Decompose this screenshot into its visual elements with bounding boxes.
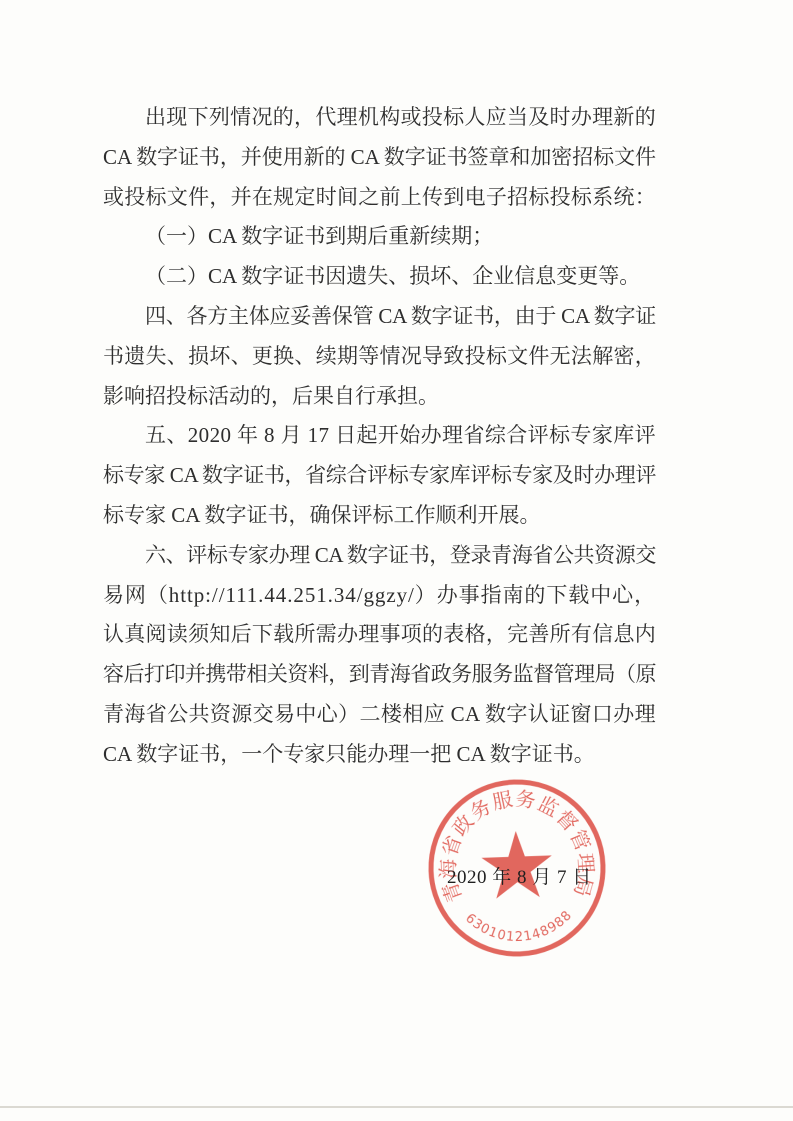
text-line: 六、评标专家办理 CA 数字证书，登录青海省公共资源交 <box>103 536 656 576</box>
document-page: 出现下列情况的，代理机构或投标人应当及时办理新的CA 数字证书，并使用新的 CA… <box>0 0 793 1121</box>
text-line: 四、各方主体应妥善保管 CA 数字证书，由于 CA 数字证 <box>103 297 656 337</box>
issue-date: 2020 年 8 月 7 日 <box>447 862 592 889</box>
text-line: 青海省公共资源交易中心）二楼相应 CA 数字认证窗口办理 <box>103 695 656 735</box>
text-line: 标专家 CA 数字证书，确保评标工作顺利开展。 <box>103 496 656 536</box>
text-line: 容后打印并携带相关资料，到青海省政务服务监督管理局（原 <box>103 655 656 695</box>
text-line: CA 数字证书，并使用新的 CA 数字证书签章和加密招标文件 <box>103 138 656 178</box>
text-line: 认真阅读须知后下载所需办理事项的表格，完善所有信息内 <box>103 615 656 655</box>
text-line: 标专家 CA 数字证书，省综合评标专家库评标专家及时办理评 <box>103 456 656 496</box>
text-line: 易网（http://111.44.251.34/ggzy/）办事指南的下载中心， <box>103 576 656 616</box>
text-line: 五、2020 年 8 月 17 日起开始办理省综合评标专家库评 <box>103 416 656 456</box>
page-bottom-edge <box>0 1106 793 1108</box>
text-line: 书遗失、损坏、更换、续期等情况导致投标文件无法解密， <box>103 337 656 377</box>
text-line: 或投标文件，并在规定时间之前上传到电子招标投标系统： <box>103 178 656 218</box>
text-line: 影响招投标活动的，后果自行承担。 <box>103 377 656 417</box>
text-line: CA 数字证书，一个专家只能办理一把 CA 数字证书。 <box>103 735 656 775</box>
text-line: （一）CA 数字证书到期后重新续期； <box>103 217 656 257</box>
text-line: 出现下列情况的，代理机构或投标人应当及时办理新的 <box>103 98 656 138</box>
body-text: 出现下列情况的，代理机构或投标人应当及时办理新的CA 数字证书，并使用新的 CA… <box>103 98 656 775</box>
text-line: （二）CA 数字证书因遗失、损坏、企业信息变更等。 <box>103 257 656 297</box>
